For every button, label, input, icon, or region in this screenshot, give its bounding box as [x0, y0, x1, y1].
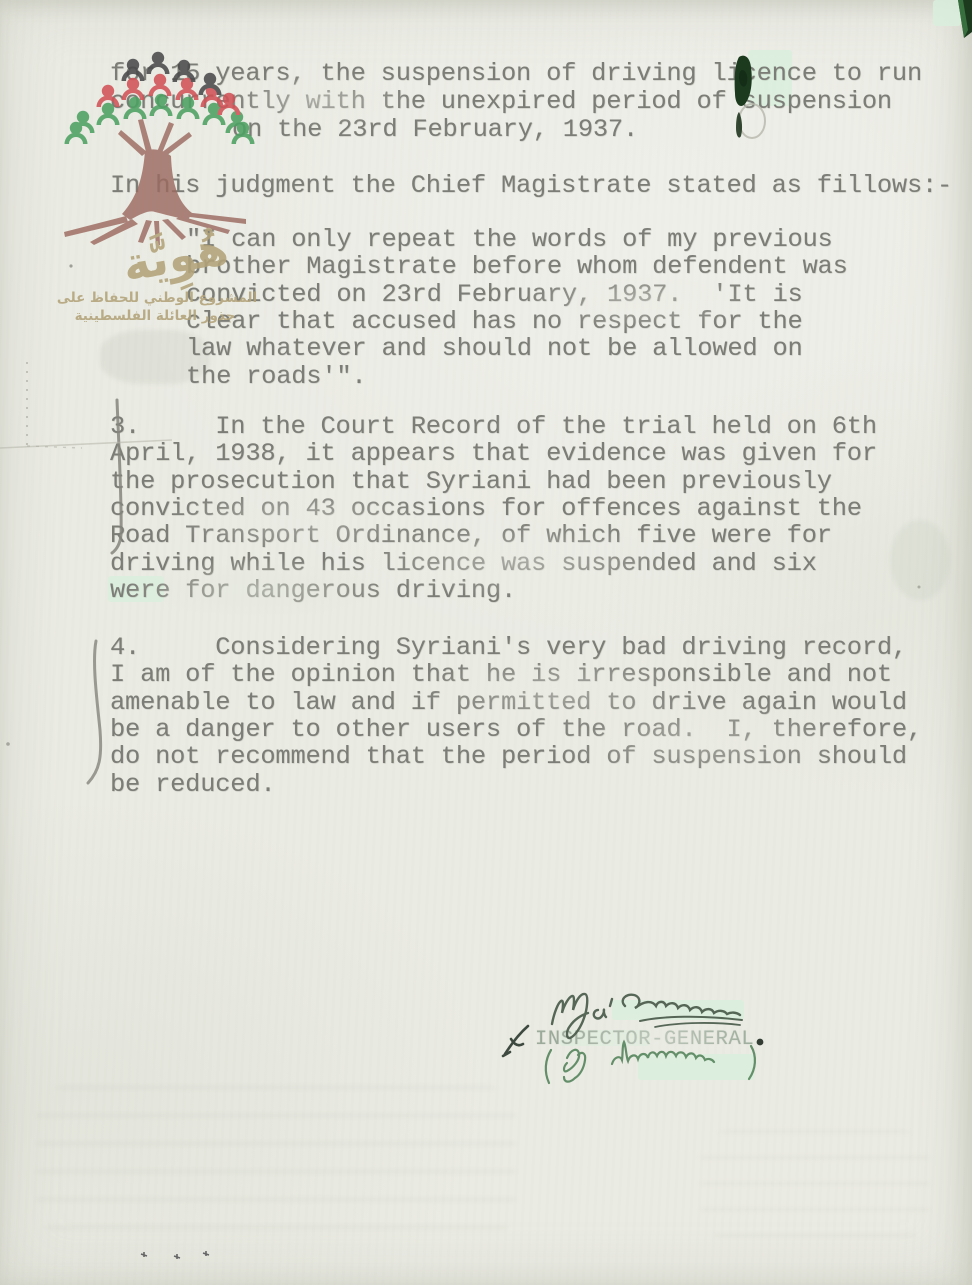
pencil-margin-line-para4 [88, 641, 101, 783]
in-absence-handwriting [546, 1042, 755, 1083]
watermark-org-line2: جذور العائلة الفلسطينية [75, 308, 236, 324]
crease-line [0, 440, 172, 448]
huwiyya-calligraphy: هُوِيَّة [118, 220, 233, 300]
bottom-dots [141, 1251, 209, 1259]
scanned-document-page: for 15 years, the suspension of driving … [0, 0, 972, 1285]
paper-speck [6, 742, 10, 746]
paper-speck [918, 586, 921, 589]
watermark-org-line1: المشروع الوطني للحفاظ على [57, 290, 257, 306]
heavy-period [757, 1039, 764, 1046]
signature-handwriting [552, 994, 742, 1038]
pencil-margin-line-para3 [112, 400, 121, 553]
ink-blot [735, 56, 765, 138]
huwiyya-watermark-logo: هُوِيَّة المشروع الوطني للحفاظ على جذور … [50, 56, 260, 346]
corner-wedge [958, 0, 972, 38]
tick-mark [503, 1026, 528, 1056]
